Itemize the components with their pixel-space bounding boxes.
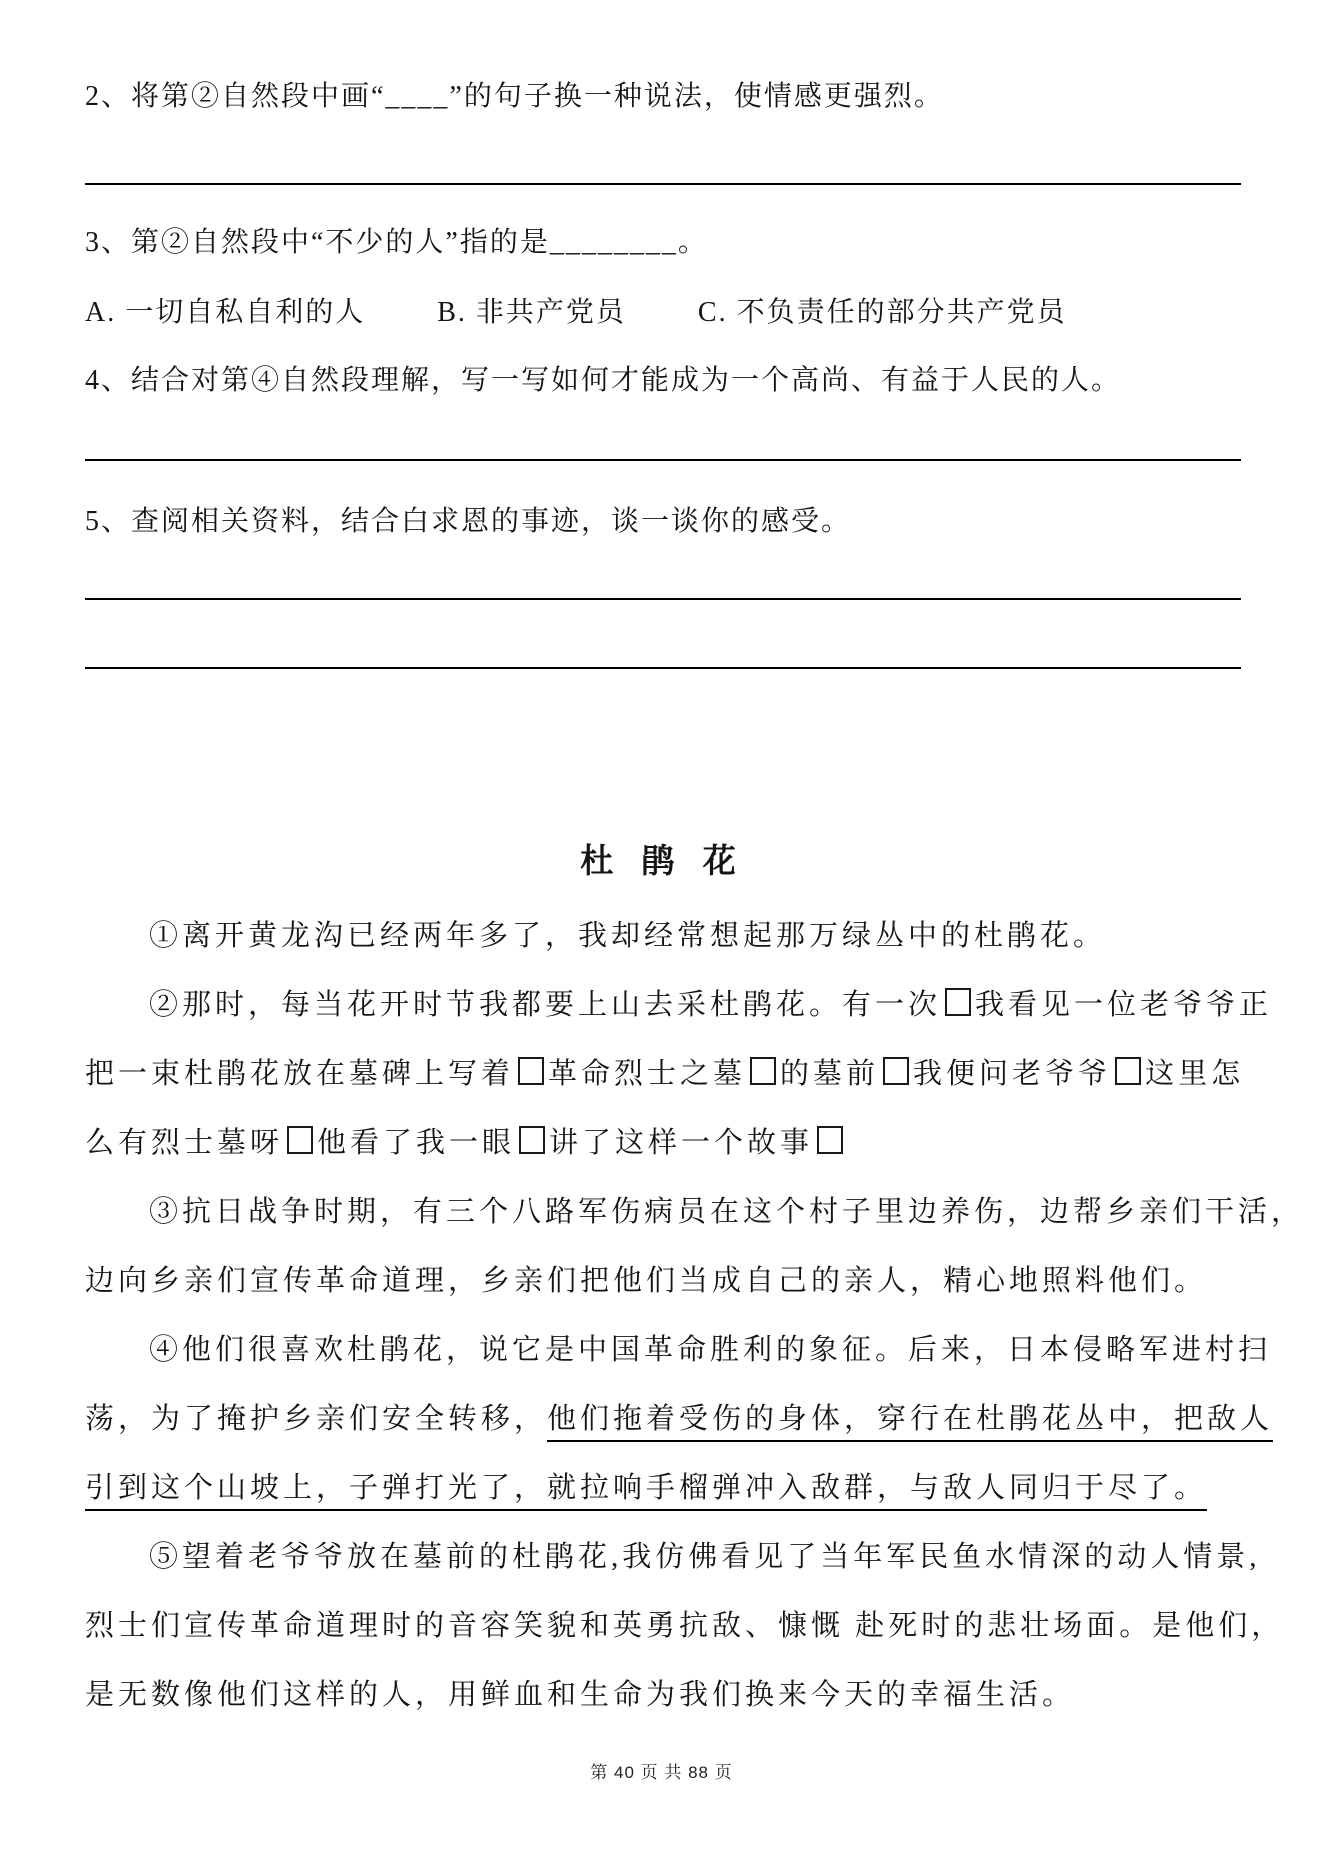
passage-text: ③抗日战争时期，有三个八路军伤病员在这个村子里边养伤，边帮乡亲们干活， (149, 1196, 1304, 1228)
answer-blank-line-1 (85, 183, 1241, 185)
passage-text: 我看见一位老爷爷正 (975, 989, 1272, 1021)
answer-blank-line-4 (85, 667, 1241, 669)
passage-paragraph: ④他们很喜欢杜鹃花，说它是中国革命胜利的象征。后来，日本侵略军进村扫荡，为了掩护… (85, 1316, 1241, 1523)
passage-text: 革命烈士之墓 (548, 1058, 746, 1090)
passage-paragraph: ②那时，每当花开时节我都要上山去采杜鹃花。有一次我看见一位老爷爷正把一束杜鹃花放… (85, 971, 1241, 1178)
passage-text: 这里怎 (1145, 1058, 1244, 1090)
passage-title: 杜 鹃 花 (85, 835, 1241, 882)
underlined-sentence: 他们拖着受伤的身体，穿行在杜鹃花丛中，把敌人 (547, 1403, 1273, 1442)
passage-text: 荡，为了掩护乡亲们安全转移， (85, 1403, 547, 1435)
passage-text: ②那时，每当花开时节我都要上山去采杜鹃花。有一次 (149, 989, 941, 1021)
passage-text: 烈士们宣传革命道理时的音容笑貌和英勇抗敌、慷慨 赴死时的悲壮场面。是他们， (85, 1610, 1284, 1642)
underlined-sentence: 引到这个山坡上，子弹打光了，就拉响手榴弹冲入敌群，与敌人同归于尽了。 (85, 1472, 1207, 1511)
passage-paragraph: ⑤望着老爷爷放在墓前的杜鹃花,我仿佛看见了当年军民鱼水情深的动人情景,烈士们宣传… (85, 1523, 1241, 1730)
passage-text: 我便问老爷爷 (913, 1058, 1111, 1090)
options-row: A. 一切自私自利的人 B. 非共产党员 C. 不负责任的部分共产党员 (85, 294, 1241, 331)
option-a: A. 一切自私自利的人 (85, 294, 365, 331)
passage-paragraph: ①离开黄龙沟已经两年多了，我却经常想起那万绿丛中的杜鹃花。 (85, 902, 1241, 971)
punctuation-box (750, 1057, 776, 1085)
passage-text: ④他们很喜欢杜鹃花，说它是中国革命胜利的象征。后来，日本侵略军进村扫 (149, 1334, 1271, 1366)
punctuation-box (1115, 1057, 1141, 1085)
punctuation-box (287, 1126, 313, 1154)
passage-text: 么有烈士墓呀 (85, 1127, 283, 1159)
passage-text: 边向乡亲们宣传革命道理，乡亲们把他们当成自己的亲人，精心地照料他们。 (85, 1265, 1207, 1297)
punctuation-box (817, 1126, 843, 1154)
punctuation-box (945, 988, 971, 1016)
answer-blank-line-3 (85, 598, 1241, 600)
passage-line: ②那时，每当花开时节我都要上山去采杜鹃花。有一次我看见一位老爷爷正 (85, 971, 1241, 1040)
punctuation-box (518, 1057, 544, 1085)
passage-paragraph: ③抗日战争时期，有三个八路军伤病员在这个村子里边养伤，边帮乡亲们干活，边向乡亲们… (85, 1178, 1241, 1316)
passage-text: ①离开黄龙沟已经两年多了，我却经常想起那万绿丛中的杜鹃花。 (149, 920, 1106, 952)
passage-line: 边向乡亲们宣传革命道理，乡亲们把他们当成自己的亲人，精心地照料他们。 (85, 1247, 1241, 1316)
passage-text: 的墓前 (780, 1058, 879, 1090)
option-b: B. 非共产党员 (437, 294, 626, 331)
passage-line: ⑤望着老爷爷放在墓前的杜鹃花,我仿佛看见了当年军民鱼水情深的动人情景, (85, 1523, 1241, 1592)
passage-body: ①离开黄龙沟已经两年多了，我却经常想起那万绿丛中的杜鹃花。②那时，每当花开时节我… (85, 902, 1241, 1730)
passage-line: ④他们很喜欢杜鹃花，说它是中国革命胜利的象征。后来，日本侵略军进村扫 (85, 1316, 1241, 1385)
question-3: 3、第②自然段中“不少的人”指的是________。 (85, 224, 1241, 261)
punctuation-box (883, 1057, 909, 1085)
worksheet-page: 2、将第②自然段中画“____”的句子换一种说法，使情感更强烈。 3、第②自然段… (0, 0, 1323, 1871)
passage-line: 荡，为了掩护乡亲们安全转移，他们拖着受伤的身体，穿行在杜鹃花丛中，把敌人 (85, 1385, 1241, 1454)
passage-line: 引到这个山坡上，子弹打光了，就拉响手榴弹冲入敌群，与敌人同归于尽了。 (85, 1454, 1241, 1523)
answer-blank-line-2 (85, 459, 1241, 461)
question-2: 2、将第②自然段中画“____”的句子换一种说法，使情感更强烈。 (85, 78, 1241, 115)
question-4: 4、结合对第④自然段理解，写一写如何才能成为一个高尚、有益于人民的人。 (85, 362, 1241, 399)
passage-line: 把一束杜鹃花放在墓碑上写着革命烈士之墓的墓前我便问老爷爷这里怎 (85, 1040, 1241, 1109)
question-5: 5、查阅相关资料，结合白求恩的事迹，谈一谈你的感受。 (85, 503, 1241, 540)
passage-text: 是无数像他们这样的人，用鲜血和生命为我们换来今天的幸福生活。 (85, 1679, 1075, 1711)
passage-line: ①离开黄龙沟已经两年多了，我却经常想起那万绿丛中的杜鹃花。 (85, 902, 1241, 971)
passage-line: ③抗日战争时期，有三个八路军伤病员在这个村子里边养伤，边帮乡亲们干活， (85, 1178, 1241, 1247)
passage-line: 么有烈士墓呀他看了我一眼讲了这样一个故事 (85, 1109, 1241, 1178)
option-c: C. 不负责任的部分共产党员 (698, 294, 1067, 331)
passage-text: 他看了我一眼 (317, 1127, 515, 1159)
passage-text: ⑤望着老爷爷放在墓前的杜鹃花,我仿佛看见了当年军民鱼水情深的动人情景, (149, 1541, 1261, 1573)
passage-line: 是无数像他们这样的人，用鲜血和生命为我们换来今天的幸福生活。 (85, 1661, 1241, 1730)
passage-line: 烈士们宣传革命道理时的音容笑貌和英勇抗敌、慷慨 赴死时的悲壮场面。是他们， (85, 1592, 1241, 1661)
punctuation-box (519, 1126, 545, 1154)
passage-text: 讲了这样一个故事 (549, 1127, 813, 1159)
page-footer: 第 40 页 共 88 页 (0, 1758, 1323, 1783)
passage-text: 把一束杜鹃花放在墓碑上写着 (85, 1058, 514, 1090)
